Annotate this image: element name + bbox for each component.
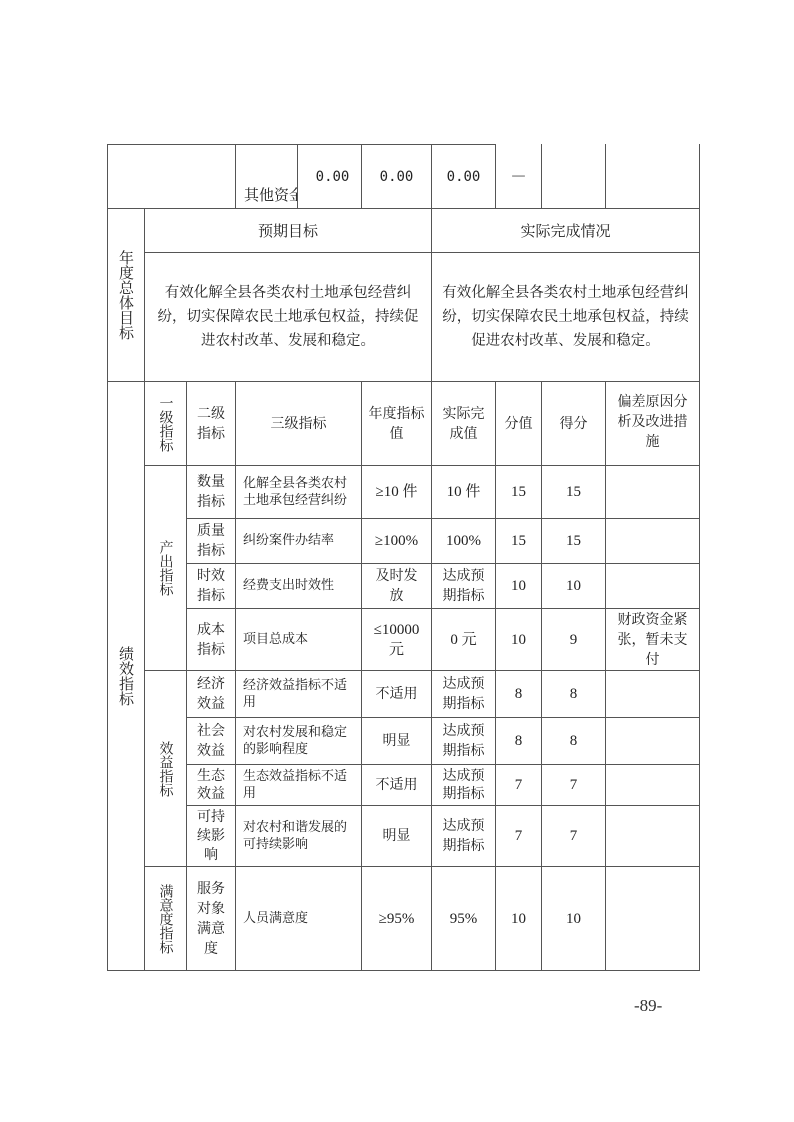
- row-level2: 质量指标: [186, 518, 236, 564]
- row-level2: 生态效益: [186, 764, 236, 806]
- row-deviation: 财政资金紧张，暂未支付: [605, 608, 700, 671]
- row-actual: 达成预期指标: [431, 764, 496, 806]
- row-level3: 纠纷案件办结率: [235, 518, 362, 564]
- row-level2: 数量指标: [186, 465, 236, 519]
- funding-value-4: —: [495, 144, 542, 209]
- row-score: 7: [541, 764, 606, 806]
- row-score-max: 8: [495, 717, 542, 765]
- row-actual: 达成预期指标: [431, 717, 496, 765]
- header-deviation: 偏差原因分析及改进措施: [605, 381, 700, 466]
- funding-value-3: 0.00: [431, 144, 496, 209]
- row-level3: 对农村和谐发展的可持续影响: [235, 805, 362, 867]
- row-score-max: 10: [495, 608, 542, 671]
- row-level2: 可持续影响: [186, 805, 236, 867]
- row-actual: 10 件: [431, 465, 496, 519]
- row-target: ≤10000元: [361, 608, 432, 671]
- row-target: ≥95%: [361, 866, 432, 971]
- row-level3: 对农村发展和稳定的影响程度: [235, 717, 362, 765]
- row-score-max: 7: [495, 805, 542, 867]
- row-deviation: [605, 518, 700, 564]
- group-level1-benefit: 效益指标: [144, 670, 187, 867]
- expected-goal-header: 预期目标: [144, 208, 432, 253]
- row-level2: 社会效益: [186, 717, 236, 765]
- row-deviation: [605, 866, 700, 971]
- funding-value-1: 0.00: [297, 144, 368, 209]
- actual-goal-text: 有效化解全县各类农村土地承包经营纠纷，切实保障农民土地承包权益，持续促进农村改革…: [431, 252, 700, 382]
- row-score: 15: [541, 518, 606, 564]
- row-deviation: [605, 764, 700, 806]
- row-level3: 化解全县各类农村土地承包经营纠纷: [235, 465, 362, 519]
- header-level1: 一级指标: [144, 381, 187, 466]
- row-actual: 0 元: [431, 608, 496, 671]
- row-actual: 达成预期指标: [431, 563, 496, 609]
- actual-goal-header: 实际完成情况: [431, 208, 700, 253]
- row-score: 15: [541, 465, 606, 519]
- row-deviation: [605, 717, 700, 765]
- row-deviation: [605, 465, 700, 519]
- row-level2: 时效指标: [186, 563, 236, 609]
- row-target: 明显: [361, 717, 432, 765]
- row-level2: 成本指标: [186, 608, 236, 671]
- row-score-max: 15: [495, 465, 542, 519]
- row-score-max: 7: [495, 764, 542, 806]
- header-score-max: 分值: [495, 381, 542, 466]
- row-score: 9: [541, 608, 606, 671]
- expected-goal-text: 有效化解全县各类农村土地承包经营纠纷，切实保障农民土地承包权益，持续促进农村改革…: [144, 252, 432, 382]
- row-level3: 经济效益指标不适用: [235, 670, 362, 718]
- row-score: 7: [541, 805, 606, 867]
- row-target: 明显: [361, 805, 432, 867]
- annual-goal-section-label: 年度总体目标: [107, 208, 145, 382]
- group-level1-satisfaction: 满意度指标: [144, 866, 187, 971]
- row-target: ≥10 件: [361, 465, 432, 519]
- header-score: 得分: [541, 381, 606, 466]
- row-level3: 人员满意度: [235, 866, 362, 971]
- row-score-max: 8: [495, 670, 542, 718]
- row-score: 10: [541, 563, 606, 609]
- row-actual: 95%: [431, 866, 496, 971]
- row-score-max: 10: [495, 563, 542, 609]
- group-level1-output: 产出指标: [144, 465, 187, 671]
- row-score: 10: [541, 866, 606, 971]
- row-level3: 项目总成本: [235, 608, 362, 671]
- funding-blank-cell: [107, 144, 236, 209]
- row-level2: 经济效益: [186, 670, 236, 718]
- funding-value-2: 0.00: [361, 144, 432, 209]
- row-score-max: 10: [495, 866, 542, 971]
- header-annual-target: 年度指标值: [361, 381, 432, 466]
- row-actual: 达成预期指标: [431, 670, 496, 718]
- funding-value-5: [541, 144, 606, 209]
- performance-section-label: 绩效指标: [107, 381, 145, 971]
- funding-value-6: [605, 144, 700, 209]
- row-deviation: [605, 805, 700, 867]
- row-target: 不适用: [361, 670, 432, 718]
- row-actual: 100%: [431, 518, 496, 564]
- header-level2: 二级指标: [186, 381, 236, 466]
- row-level2: 服务对象满意度: [186, 866, 236, 971]
- row-target: ≥100%: [361, 518, 432, 564]
- row-score: 8: [541, 670, 606, 718]
- row-target: 及时发放: [361, 563, 432, 609]
- row-score-max: 15: [495, 518, 542, 564]
- row-level3: 生态效益指标不适用: [235, 764, 362, 806]
- row-level3: 经费支出时效性: [235, 563, 362, 609]
- row-score: 8: [541, 717, 606, 765]
- row-actual: 达成预期指标: [431, 805, 496, 867]
- header-level3: 三级指标: [235, 381, 362, 466]
- row-deviation: [605, 670, 700, 718]
- row-deviation: [605, 563, 700, 609]
- header-actual-value: 实际完成值: [431, 381, 496, 466]
- page-number: -89-: [634, 996, 662, 1016]
- row-target: 不适用: [361, 764, 432, 806]
